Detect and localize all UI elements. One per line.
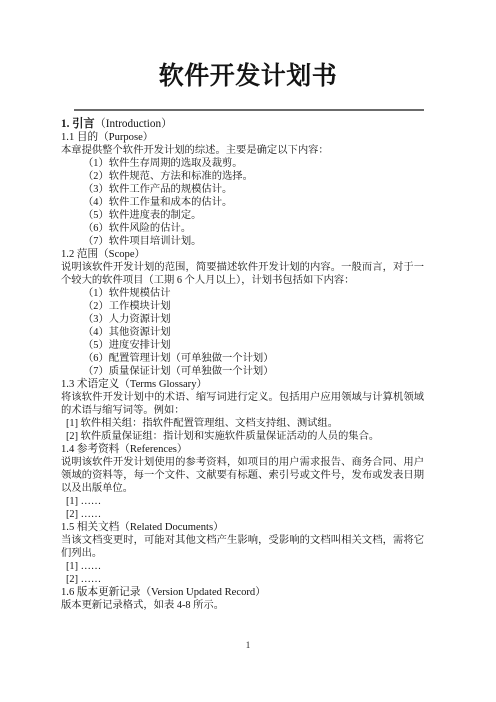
doc-line-li: （2）工作模块计划 (61, 300, 424, 313)
doc-line-h2: 1.1 目的（Purpose） (61, 131, 424, 144)
doc-line-ref: [1] …… (61, 495, 424, 508)
doc-line-ref: [1] 软件相关组：指软件配置管理组、文档支持组、测试组。 (61, 417, 424, 430)
doc-line-h2: 1.3 术语定义（Terms Glossary） (61, 378, 424, 391)
doc-line-p: 将该软件开发计划中的术语、缩写词进行定义。包括用户应用领域与计算机领域 (61, 391, 424, 404)
doc-line-ref: [2] …… (61, 573, 424, 586)
doc-line-li: （7）质量保证计划（可单独做一个计划） (61, 365, 424, 378)
doc-line-p: 当该文档变更时，可能对其他文档产生影响，受影响的文档叫相关文档，需将它 (61, 534, 424, 547)
doc-line-li: （1）软件规模估计 (61, 287, 424, 300)
doc-line-ref: [2] …… (61, 508, 424, 521)
doc-line-li: （6）软件风险的估计。 (61, 222, 424, 235)
document-body: 1. 引言（Introduction）1.1 目的（Purpose）本章提供整个… (61, 117, 424, 612)
title-divider-rule (74, 109, 424, 111)
doc-line-li: （1）软件生存周期的选取及裁剪。 (61, 157, 424, 170)
doc-line-h2: 1.5 相关文档（Related Documents） (61, 521, 424, 534)
doc-line-h2: 1.4 参考资料（References） (61, 443, 424, 456)
heading-bold-part: 1. 引言 (61, 118, 95, 130)
doc-line-p: 以及出版单位。 (61, 482, 424, 495)
doc-line-li: （3）人力资源计划 (61, 313, 424, 326)
doc-line-li: （2）软件规范、方法和标准的选择。 (61, 170, 424, 183)
doc-line-li: （6）配置管理计划（可单独做一个计划） (61, 352, 424, 365)
doc-line-p: 版本更新记录格式，如表 4-8 所示。 (61, 599, 424, 612)
doc-line-li: （3）软件工作产品的规模估计。 (61, 183, 424, 196)
doc-line-h2: 1.2 范围（Scope） (61, 248, 424, 261)
doc-line-li: （7）软件项目培训计划。 (61, 235, 424, 248)
document-page: 软件开发计划书 1. 引言（Introduction）1.1 目的（Purpos… (0, 0, 496, 702)
document-title: 软件开发计划书 (0, 56, 496, 92)
doc-line-p: 说明该软件开发计划使用的参考资料，如项目的用户需求报告、商务合同、用户 (61, 456, 424, 469)
doc-line-li: （5）软件进度表的制定。 (61, 209, 424, 222)
page-number: 1 (0, 640, 496, 650)
doc-line-li: （5）进度安排计划 (61, 339, 424, 352)
doc-line-p: 说明该软件开发计划的范围，简要描述软件开发计划的内容。一般而言，对于一 (61, 261, 424, 274)
doc-line-li: （4）软件工作量和成本的估计。 (61, 196, 424, 209)
doc-line-h1: 1. 引言（Introduction） (61, 117, 424, 131)
doc-line-ref: [1] …… (61, 560, 424, 573)
doc-line-p: 本章提供整个软件开发计划的综述。主要是确定以下内容： (61, 144, 424, 157)
doc-line-p: 个较大的软件项目（工期 6 个人月以上），计划书包括如下内容： (61, 274, 424, 287)
heading-annotation-part: （Introduction） (95, 118, 173, 130)
doc-line-p: 领域的资料等，每一个文件、文献要有标题、索引号或文件号，发布或发表日期 (61, 469, 424, 482)
doc-line-h2: 1.6 版本更新记录（Version Updated Record） (61, 586, 424, 599)
doc-line-p: 们列出。 (61, 547, 424, 560)
doc-line-ref: [2] 软件质量保证组：指计划和实施软件质量保证活动的人员的集合。 (61, 430, 424, 443)
doc-line-p: 的术语与缩写词等。例如： (61, 404, 424, 417)
doc-line-li: （4）其他资源计划 (61, 326, 424, 339)
